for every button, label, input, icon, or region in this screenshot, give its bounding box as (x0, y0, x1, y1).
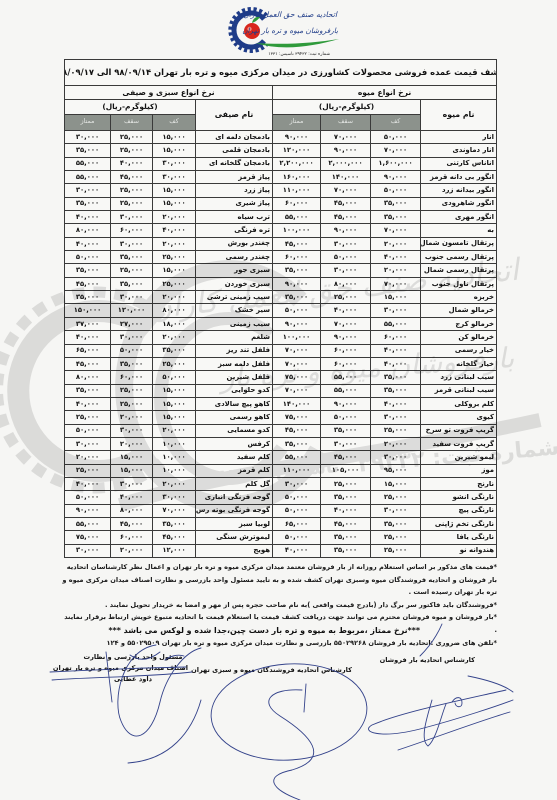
fruit-floor-price: ۳۰,۰۰۰ (371, 411, 420, 423)
vegetable-name: کلم سفید (196, 451, 272, 463)
swoosh-icon (256, 39, 339, 47)
vegetable-floor-price: ۷۰,۰۰۰ (153, 505, 195, 517)
vegetable-name: سیب زمینی (196, 318, 272, 330)
fruit-name: سیب لبنانی قرمز (421, 385, 496, 397)
fruit-premium-price: ۷۵,۰۰۰ (273, 411, 320, 423)
vegetable-floor-price: ۳۵,۰۰۰ (153, 345, 195, 357)
fruit-floor-price: ۳۵,۰۰۰ (371, 211, 420, 223)
vegetable-ceiling-price: ۶۰,۰۰۰ (111, 531, 152, 543)
fruit-ceiling-price: ۵۰,۰۰۰ (321, 411, 370, 423)
fruit-premium-price: ۳۵,۰۰۰ (273, 264, 320, 276)
vegetable-premium-price: ۴۰,۰۰۰ (65, 331, 110, 343)
fruit-premium-price: ۵۰,۰۰۰ (273, 531, 320, 543)
vegetable-premium-price: ۶۵,۰۰۰ (65, 345, 110, 357)
vegetable-floor-price: ۱۵,۰۰۰ (153, 184, 195, 196)
fruit-floor-price: ۲۰,۰۰۰ (371, 438, 420, 450)
fruit-premium-price: ۷۰,۰۰۰ (273, 385, 320, 397)
note-phones: *تلفن های ضروری :اتحادیه بار فروشان ۵۵۰۲… (60, 637, 497, 650)
vegetable-name: گوجه فرنگی انباری (196, 491, 272, 503)
fruit-floor-price: ۱۵,۰۰۰ (371, 291, 420, 303)
vegetable-ceiling-price: ۶۰,۰۰۰ (111, 224, 152, 236)
vegetable-ceiling-price: ۳۵,۰۰۰ (111, 358, 152, 370)
vegetable-premium-price: ۴۰,۰۰۰ (65, 238, 110, 250)
vegetable-ceiling-price: ۴۰,۰۰۰ (111, 491, 152, 503)
vegetable-ceiling-price: ۲۰,۰۰۰ (111, 438, 152, 450)
fruit-name: نارنگی انشو (421, 491, 496, 503)
fruit-name: انگور شاهرودی (421, 198, 496, 210)
vegetable-premium-header: ممتاز (65, 115, 110, 130)
fruit-premium-price: ۶۰,۰۰۰ (273, 251, 320, 263)
fruit-name: موز (421, 465, 496, 477)
vegetable-name: فلفل دلمه سبز (196, 358, 272, 370)
fruit-name: کلم بروکلی (421, 398, 496, 410)
signature-title-inspection: مسئول واحد بازرسی و نظارت اصناف میدان مر… (78, 652, 188, 685)
fruit-ceiling-price: ۳۵,۰۰۰ (321, 531, 370, 543)
union-logo: اتحادیه صنف حق العمل کاران بارفروشان میو… (226, 3, 341, 59)
vegetable-name: بادمجان دلمه ای (196, 131, 272, 143)
note-price-source: *قیمت های مذکور بر اساس استعلام روزانه ا… (60, 561, 497, 599)
fruit-ceiling-price: ۴۰,۰۰۰ (321, 505, 370, 517)
vegetable-ceiling-price: ۱۵,۰۰۰ (111, 451, 152, 463)
vegetable-premium-price: ۴۰,۰۰۰ (65, 478, 110, 490)
vegetable-ceiling-price: ۳۵,۰۰۰ (111, 278, 152, 290)
fruit-name: خرمالو شمال (421, 304, 496, 316)
vegetable-ceiling-price: ۴۵,۰۰۰ (111, 518, 152, 530)
fruit-premium-price: ۹۰,۰۰۰ (273, 318, 320, 330)
vegetable-name: سبزی جور (196, 264, 272, 276)
vegetable-floor-price: ۲۵,۰۰۰ (153, 251, 195, 263)
vegetable-ceiling-price: ۸۰,۰۰۰ (111, 505, 152, 517)
vegetable-premium-price: ۴۵,۰۰۰ (65, 358, 110, 370)
fruit-premium-price: ۷۵,۰۰۰ (273, 371, 320, 383)
fruit-ceiling-price: ۴۰,۰۰۰ (321, 304, 370, 316)
vegetable-name: چغندر رسمی (196, 251, 272, 263)
fruit-name-header: نام میوه (421, 100, 496, 130)
fruit-ceiling-price: ۳۰,۰۰۰ (321, 264, 370, 276)
vegetable-ceiling-header: سقف (111, 115, 152, 130)
fruit-floor-price: ۱,۶۰۰,۰۰۰ (371, 158, 420, 170)
fruit-name: نارنگی پیچ (421, 505, 496, 517)
vegetable-premium-price: ۳۰,۰۰۰ (65, 184, 110, 196)
vegetable-floor-price: ۳۰,۰۰۰ (153, 491, 195, 503)
vegetable-premium-price: ۳۰,۰۰۰ (65, 545, 110, 557)
vegetable-name: تره فرنگی (196, 224, 272, 236)
fruit-premium-price: ۵۵,۰۰۰ (273, 451, 320, 463)
fruit-ceiling-price: ۴۵,۰۰۰ (321, 518, 370, 530)
fruit-premium-price: ۴۰,۰۰۰ (273, 545, 320, 557)
vegetable-premium-price: ۴۵,۰۰۰ (65, 278, 110, 290)
fruit-ceiling-price: ۴۵,۰۰۰ (321, 211, 370, 223)
fruit-premium-price: ۶۰,۰۰۰ (273, 198, 320, 210)
fruit-premium-header: ممتاز (273, 115, 320, 130)
premium-rate-note: ***نرخ ممتاز ،مربوط به میوه و تره بار دس… (120, 626, 420, 635)
inspection-title-line1: مسئول واحد بازرسی و نظارت (78, 652, 188, 663)
vegetable-name: گوجه فرنگی بوته رس (196, 505, 272, 517)
vegetable-name: فلفل شیرین (196, 371, 272, 383)
vegetable-premium-price: ۳۵,۰۰۰ (65, 264, 110, 276)
fruit-ceiling-header: سقف (321, 115, 370, 130)
vegetable-floor-price: ۱۸,۰۰۰ (153, 318, 195, 330)
vegetable-premium-price: ۷۵,۰۰۰ (65, 531, 110, 543)
signature-title-wholesalers: کارشناس اتحادیه بار فروشان (395, 655, 475, 666)
vegetable-floor-price: ۱۲,۰۰۰ (153, 545, 195, 557)
fruit-floor-price: ۴۰,۰۰۰ (371, 345, 420, 357)
fruit-premium-price: ۶۵,۰۰۰ (273, 518, 320, 530)
fruit-premium-price: ۳۵,۰۰۰ (273, 438, 320, 450)
fruit-name: پرتقال رسمی شمال (421, 264, 496, 276)
fruit-floor-price: ۳۵,۰۰۰ (371, 518, 420, 530)
fruit-name: هندوانه نو (421, 545, 496, 557)
fruit-ceiling-price: ۳۰,۰۰۰ (321, 438, 370, 450)
vegetable-floor-price: ۱۵,۰۰۰ (153, 131, 195, 143)
vegetable-name: کاهو رسمی (196, 411, 272, 423)
fruit-ceiling-price: ۴۵,۰۰۰ (321, 198, 370, 210)
fruit-premium-price: ۱۲۰,۰۰۰ (273, 144, 320, 156)
vegetable-floor-price: ۲۰,۰۰۰ (153, 478, 195, 490)
fruit-ceiling-price: ۶۰,۰۰۰ (321, 345, 370, 357)
vegetable-premium-price: ۵۵,۰۰۰ (65, 158, 110, 170)
fruit-ceiling-price: ۲,۰۰۰,۰۰۰ (321, 158, 370, 170)
fruit-ceiling-price: ۵۰,۰۰۰ (321, 251, 370, 263)
fruit-ceiling-price: ۸۰,۰۰۰ (321, 278, 370, 290)
vegetable-premium-price: ۳۵,۰۰۰ (65, 198, 110, 210)
vegetable-ceiling-price: ۲۵,۰۰۰ (111, 198, 152, 210)
fruit-floor-price: ۱۵,۰۰۰ (371, 478, 420, 490)
vegetable-ceiling-price: ۳۰,۰۰۰ (111, 238, 152, 250)
fruit-premium-price: ۱۴۰,۰۰۰ (273, 398, 320, 410)
fruit-floor-price: ۲۵,۰۰۰ (371, 531, 420, 543)
fruit-premium-price: ۱۱۰,۰۰۰ (273, 465, 320, 477)
fruit-ceiling-price: ۲۵,۰۰۰ (321, 478, 370, 490)
vegetable-premium-price: ۸۰,۰۰۰ (65, 224, 110, 236)
fruit-ceiling-price: ۳۰,۰۰۰ (321, 238, 370, 250)
fruit-ceiling-price: ۵۵,۰۰۰ (321, 371, 370, 383)
fruit-premium-price: ۱۱۰,۰۰۰ (273, 184, 320, 196)
vegetable-name: لوبیا سبز (196, 518, 272, 530)
fruit-name: نارنگی تخم ژاپنی (421, 518, 496, 530)
vegetable-name: سیر خشک (196, 304, 272, 316)
vegetable-floor-price: ۳۰,۰۰۰ (153, 158, 195, 170)
vegetable-ceiling-price: ۳۰,۰۰۰ (111, 211, 152, 223)
fruit-ceiling-price: ۳۵,۰۰۰ (321, 425, 370, 437)
vegetable-name: پیاز شیری (196, 198, 272, 210)
fruit-name: خیار رسمی (421, 345, 496, 357)
vegetable-floor-price: ۱۰,۰۰۰ (153, 451, 195, 463)
fruit-name: نارنج (421, 478, 496, 490)
fruit-floor-price: ۳۰,۰۰۰ (371, 505, 420, 517)
fruit-ceiling-price: ۷۰,۰۰۰ (321, 184, 370, 196)
fruit-premium-price: ۷۰,۰۰۰ (273, 345, 320, 357)
fruit-ceiling-price: ۹۰,۰۰۰ (321, 224, 370, 236)
vegetable-floor-price: ۳۰,۰۰۰ (153, 171, 195, 183)
vegetable-premium-price: ۴۰,۰۰۰ (65, 398, 110, 410)
fruit-premium-price: ۵۵,۰۰۰ (273, 211, 320, 223)
logo-line2: بارفروشان میوه و تره بار تهران (242, 26, 338, 35)
fruit-premium-price: ۴۵,۰۰۰ (273, 238, 320, 250)
vegetable-floor-price: ۸۰,۰۰۰ (153, 304, 195, 316)
vegetable-premium-price: ۲۵,۰۰۰ (65, 411, 110, 423)
fruit-floor-price: ۶۰,۰۰۰ (371, 331, 420, 343)
vegetable-floor-price: ۱۵,۰۰۰ (153, 398, 195, 410)
vegetable-ceiling-price: ۳۵,۰۰۰ (111, 251, 152, 263)
vegetable-premium-price: ۳۵,۰۰۰ (65, 385, 110, 397)
fruit-ceiling-price: ۲۵,۰۰۰ (321, 291, 370, 303)
vegetable-floor-price: ۴۰,۰۰۰ (153, 224, 195, 236)
fruit-premium-price: ۲,۲۰۰,۰۰۰ (273, 158, 320, 170)
vegetable-floor-price: ۲۵,۰۰۰ (153, 278, 195, 290)
fruit-ceiling-price: ۳۵,۰۰۰ (321, 545, 370, 557)
fruit-name: گریپ فروت سفید (421, 438, 496, 450)
vegetable-premium-price: ۵۵,۰۰۰ (65, 518, 110, 530)
fruit-name: انگور مهری (421, 211, 496, 223)
vegetable-floor-price: ۴۵,۰۰۰ (153, 531, 195, 543)
logo-line1: اتحادیه صنف حق العمل کاران (243, 10, 338, 19)
vegetable-floor-price: ۲۰,۰۰۰ (153, 238, 195, 250)
vegetable-group-header: نرخ انواع سبزی و صیفی (65, 86, 272, 99)
fruit-floor-price: ۷۰,۰۰۰ (371, 278, 420, 290)
fruit-name: پرتقال تامسون شمال (421, 238, 496, 250)
vegetable-floor-price: ۱۵,۰۰۰ (153, 385, 195, 397)
fruit-name: گریپ فروت تو سرخ (421, 425, 496, 437)
fruit-floor-price: ۲۰,۰۰۰ (371, 238, 420, 250)
vegetable-name: لیموترش سنگی (196, 531, 272, 543)
vegetable-premium-price: ۲۰,۰۰۰ (65, 451, 110, 463)
vegetable-premium-price: ۹۰,۰۰۰ (65, 505, 110, 517)
fruit-name: انار (421, 131, 496, 143)
vegetable-name: بادمجان گلخانه ای (196, 158, 272, 170)
fruit-premium-price: ۵۰,۰۰۰ (273, 505, 320, 517)
fruit-floor-price: ۲۵,۰۰۰ (371, 425, 420, 437)
vegetable-ceiling-price: ۲۵,۰۰۰ (111, 398, 152, 410)
fruit-premium-price: ۱۰۰,۰۰۰ (273, 331, 320, 343)
vegetable-ceiling-price: ۱۲۰,۰۰۰ (111, 304, 152, 316)
fruit-name: کیوی (421, 411, 496, 423)
fruit-floor-header: کف (371, 115, 420, 130)
fruit-premium-price: ۱۶۰,۰۰۰ (273, 171, 320, 183)
fruit-floor-price: ۴۰,۰۰۰ (371, 251, 420, 263)
fruit-floor-price: ۷۰,۰۰۰ (371, 224, 420, 236)
fruit-premium-price: ۹۰,۰۰۰ (273, 278, 320, 290)
fruit-name: انگور بیدانه زرد (421, 184, 496, 196)
vegetable-ceiling-price: ۲۰,۰۰۰ (111, 411, 152, 423)
fruit-floor-price: ۵۵,۰۰۰ (371, 318, 420, 330)
fruit-floor-price: ۷۰,۰۰۰ (371, 144, 420, 156)
fruit-floor-price: ۲۰,۰۰۰ (371, 264, 420, 276)
fruit-ceiling-price: ۹۰,۰۰۰ (321, 398, 370, 410)
vegetable-premium-price: ۳۰,۰۰۰ (65, 438, 110, 450)
vegetable-premium-price: ۲۵,۰۰۰ (65, 465, 110, 477)
vegetable-ceiling-price: ۲۰,۰۰۰ (111, 545, 152, 557)
fruit-name: خرمالو کن (421, 331, 496, 343)
fruit-floor-price: ۳۵,۰۰۰ (371, 198, 420, 210)
vegetable-floor-price: ۵۰,۰۰۰ (153, 371, 195, 383)
vegetable-premium-price: ۵۰,۰۰۰ (65, 491, 110, 503)
price-table: کشف قیمت عمده فروشی محصولات کشاورزی در م… (64, 59, 497, 558)
fruit-name: خیار گلخانه (421, 358, 496, 370)
fruit-name: پرتقال ناول جنوب (421, 278, 496, 290)
vegetable-premium-price: ۴۰,۰۰۰ (65, 211, 110, 223)
vegetable-name: هویج (196, 545, 272, 557)
fruit-floor-price: ۲۵,۰۰۰ (371, 545, 420, 557)
vegetable-floor-price: ۲۰,۰۰۰ (153, 291, 195, 303)
fruit-ceiling-price: ۳۵,۰۰۰ (321, 491, 370, 503)
vegetable-ceiling-price: ۲۵,۰۰۰ (111, 385, 152, 397)
fruit-floor-price: ۹۰,۰۰۰ (371, 171, 420, 183)
vegetable-floor-header: کف (153, 115, 195, 130)
fruit-premium-price: ۷۰,۰۰۰ (273, 358, 320, 370)
vegetable-floor-price: ۲۰,۰۰۰ (153, 211, 195, 223)
vegetable-name: ترب سیاه (196, 211, 272, 223)
vegetable-premium-price: ۵۰,۰۰۰ (65, 425, 110, 437)
notes-block: *قیمت های مذکور بر اساس استعلام روزانه ا… (60, 561, 497, 649)
fruit-ceiling-price: ۹۰,۰۰۰ (321, 144, 370, 156)
fruit-group-header: نرخ انواع میوه (273, 86, 496, 99)
vegetable-floor-price: ۱۰,۰۰۰ (153, 465, 195, 477)
vegetable-premium-price: ۳۰,۰۰۰ (65, 131, 110, 143)
vegetable-floor-price: ۱۵,۰۰۰ (153, 264, 195, 276)
vegetable-floor-price: ۱۵,۰۰۰ (153, 411, 195, 423)
vegetable-name: سیب زمینی ترشی (196, 291, 272, 303)
vegetable-floor-price: ۳۵,۰۰۰ (153, 518, 195, 530)
inspection-title-line2: اصناف میدان مرکزی میوه و تره بار تهران (78, 663, 188, 674)
fruit-ceiling-price: ۵۵,۰۰۰ (321, 385, 370, 397)
vegetable-premium-price: ۳۵,۰۰۰ (65, 144, 110, 156)
vegetable-floor-price: ۲۰,۰۰۰ (153, 331, 195, 343)
vegetable-ceiling-price: ۳۰,۰۰۰ (111, 478, 152, 490)
vegetable-ceiling-price: ۲۵,۰۰۰ (111, 264, 152, 276)
vegetable-ceiling-price: ۴۰,۰۰۰ (111, 158, 152, 170)
vegetable-ceiling-price: ۲۵,۰۰۰ (111, 131, 152, 143)
fruit-name: اناناس کارتنی (421, 158, 496, 170)
vegetable-name: گل کلم (196, 478, 272, 490)
vegetable-ceiling-price: ۲۷,۰۰۰ (111, 318, 152, 330)
signature-title-retailers: کارشناس اتحادیه فروشندگان میوه و سبزی ته… (212, 665, 352, 676)
fruit-floor-price: ۹۵,۰۰۰ (371, 465, 420, 477)
vegetable-name: پیاز قرمز (196, 171, 272, 183)
fruit-name: پرتقال رسمی جنوب (421, 251, 496, 263)
fruit-name: لیمو شیرین (421, 451, 496, 463)
fruit-ceiling-price: ۱۰۵,۰۰۰ (321, 465, 370, 477)
signature-middle-icon (208, 659, 370, 800)
fruit-unit-header: (کیلوگرم-ریال) (273, 100, 420, 114)
signature-right-icon (369, 676, 513, 750)
vegetable-name: بادمجان قلمی (196, 144, 272, 156)
vegetable-ceiling-price: ۱۵,۰۰۰ (111, 465, 152, 477)
fruit-floor-price: ۴۰,۰۰۰ (371, 398, 420, 410)
vegetable-name: کدو حلوایی (196, 385, 272, 397)
fruit-ceiling-price: ۷۰,۰۰۰ (321, 131, 370, 143)
fruit-name: انگور بی دانه قرمز (421, 171, 496, 183)
fruit-floor-price: ۳۰,۰۰۰ (371, 451, 420, 463)
fruit-premium-price: ۵۰,۰۰۰ (273, 304, 320, 316)
vegetable-ceiling-price: ۲۵,۰۰۰ (111, 184, 152, 196)
fruit-name: سیب لبنانی زرد (421, 371, 496, 383)
vegetable-name: پیاز زرد (196, 184, 272, 196)
inspection-officer-name: داود عطایی (78, 674, 188, 685)
fruit-floor-price: ۳۵,۰۰۰ (371, 371, 420, 383)
vegetable-name: شلغم (196, 331, 272, 343)
fruit-premium-price: ۴۵,۰۰۰ (273, 425, 320, 437)
vegetable-name: کرفس (196, 438, 272, 450)
fruit-name: انار دماوندی (421, 144, 496, 156)
vegetable-ceiling-price: ۳۰,۰۰۰ (111, 331, 152, 343)
fruit-floor-price: ۳۰,۰۰۰ (371, 304, 420, 316)
vegetable-premium-price: ۸۰,۰۰۰ (65, 371, 110, 383)
fruit-ceiling-price: ۷۰,۰۰۰ (321, 318, 370, 330)
fruit-floor-price: ۵۰,۰۰۰ (371, 131, 420, 143)
fruit-name: نارنگی یافا (421, 531, 496, 543)
vegetable-floor-price: ۱۵,۰۰۰ (153, 144, 195, 156)
fruit-floor-price: ۲۵,۰۰۰ (371, 491, 420, 503)
vegetable-premium-price: ۳۵,۰۰۰ (65, 291, 110, 303)
vegetable-name: کدو مسمایی (196, 425, 272, 437)
fruit-premium-price: ۳۰,۰۰۰ (273, 478, 320, 490)
vegetable-ceiling-price: ۲۵,۰۰۰ (111, 144, 152, 156)
vegetable-name: کلم قرمز (196, 465, 272, 477)
fruit-ceiling-price: ۴۵,۰۰۰ (321, 451, 370, 463)
fruit-name: خربزه (421, 291, 496, 303)
fruit-floor-price: ۳۵,۰۰۰ (371, 385, 420, 397)
fruit-name: به (421, 224, 496, 236)
vegetable-name: کاهو پیچ سالادی (196, 398, 272, 410)
fruit-premium-price: ۳۵,۰۰۰ (273, 291, 320, 303)
vegetable-premium-price: ۵۵,۰۰۰ (65, 171, 110, 183)
fruit-premium-price: ۱۰۰,۰۰۰ (273, 224, 320, 236)
table-title: کشف قیمت عمده فروشی محصولات کشاورزی در م… (65, 60, 496, 85)
fruit-ceiling-price: ۱۴۰,۰۰۰ (321, 171, 370, 183)
vegetable-premium-price: ۱۵۰,۰۰۰ (65, 304, 110, 316)
vegetable-ceiling-price: ۴۵,۰۰۰ (111, 171, 152, 183)
vegetable-ceiling-price: ۳۰,۰۰۰ (111, 425, 152, 437)
fruit-ceiling-price: ۶۰,۰۰۰ (321, 358, 370, 370)
fruit-floor-price: ۵۰,۰۰۰ (371, 184, 420, 196)
fruit-floor-price: ۴۰,۰۰۰ (371, 358, 420, 370)
vegetable-name: چغندر بورش (196, 238, 272, 250)
vegetable-name: سبزی خوردن (196, 278, 272, 290)
fruit-ceiling-price: ۹۰,۰۰۰ (321, 331, 370, 343)
fruit-premium-price: ۹۰,۰۰۰ (273, 131, 320, 143)
vegetable-floor-price: ۲۵,۰۰۰ (153, 358, 195, 370)
vegetable-floor-price: ۱۵,۰۰۰ (153, 198, 195, 210)
vegetable-floor-price: ۲۰,۰۰۰ (153, 425, 195, 437)
vegetable-name-header: نام صیفی (196, 100, 272, 130)
fruit-premium-price: ۵۰,۰۰۰ (273, 491, 320, 503)
note-invoice: *فروشندگان باید فاکتور سر برگ دار (بادرج… (60, 599, 497, 612)
logo-registration: شماره ثبت: ۳۹۴۳۲ تاسیس: ۱۳۳۱ (268, 52, 330, 57)
vegetable-premium-price: ۵۰,۰۰۰ (65, 251, 110, 263)
vegetable-unit-header: (کیلوگرم-ریال) (65, 100, 195, 114)
vegetable-ceiling-price: ۶۰,۰۰۰ (111, 371, 152, 383)
vegetable-ceiling-price: ۵۰,۰۰۰ (111, 345, 152, 357)
vegetable-ceiling-price: ۳۰,۰۰۰ (111, 291, 152, 303)
vegetable-floor-price: ۱۰,۰۰۰ (153, 438, 195, 450)
vegetable-premium-price: ۳۷,۰۰۰ (65, 318, 110, 330)
fruit-name: خرمالو کرج (421, 318, 496, 330)
vegetable-name: فلفل تند ریز (196, 345, 272, 357)
